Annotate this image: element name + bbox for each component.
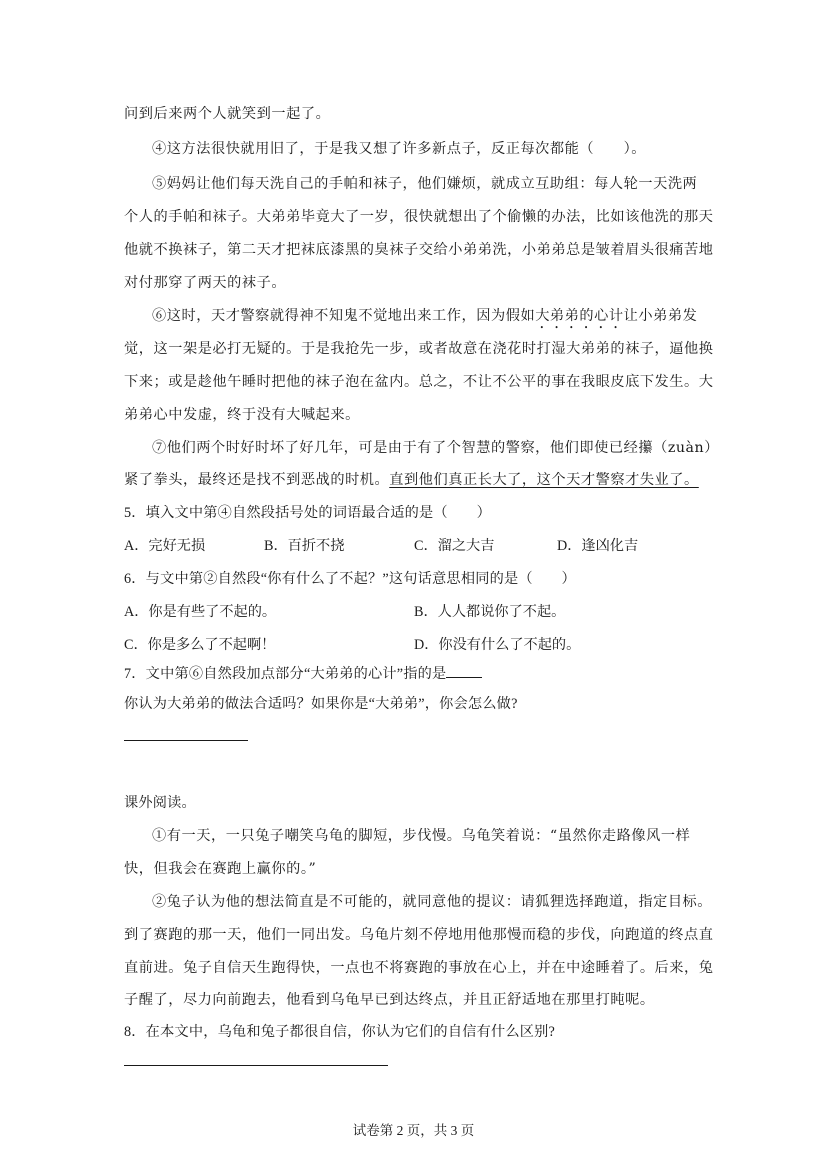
paragraph-6-pre: ⑥这时，天才警察就得神不知鬼不觉地出来工作，因为假如 <box>152 308 535 324</box>
paragraph-6-post: 让小弟弟发 <box>624 308 698 324</box>
q6-option-a[interactable]: A．你是有些了不起的。 <box>124 602 276 622</box>
paragraph-7-line-2: 紧了拳头，最终还是找不到恶战的时机。直到他们真正长大了，这个天才警察才失业了。 <box>124 470 699 490</box>
q6-option-b[interactable]: B．人人都说你了不起。 <box>414 602 565 622</box>
underlined-sentence: 直到他们真正长大了，这个天才警察才失业了。 <box>389 472 699 488</box>
passage2-p2-line-3: 直前进。兔子自信天生跑得快，一点也不将赛跑的事放在心上，并在中途睡着了。后来，兔 <box>124 958 714 978</box>
question-5-stem: 5．填入文中第④自然段括号处的词语最合适的是（ ） <box>124 503 491 523</box>
paragraph-4: ④这方法很快就用旧了，于是我又想了许多新点子，反正每次都能（ ）。 <box>152 139 646 159</box>
q6-option-d[interactable]: D．你没有什么了不起的。 <box>414 635 580 655</box>
paragraph-6-line-4: 弟弟心中发虚，终于没有大喊起来。 <box>124 405 360 425</box>
passage2-p2-line-2: 到了赛跑的那一天，他们一同出发。乌龟片刻不停地用他那慢而稳的步伐，向跑道的终点直 <box>124 925 714 945</box>
q5-option-d[interactable]: D．逢凶化吉 <box>557 536 638 556</box>
q5-option-a[interactable]: A．完好无损 <box>124 536 205 556</box>
page-footer: 试卷第 2 页，共 3 页 <box>0 1121 827 1141</box>
passage2-p1-line-1: ①有一天，一只兔子嘲笑乌龟的脚短，步伐慢。乌龟笑着说：“虽然你走路像风一样 <box>152 826 690 846</box>
exam-page: 问到后来两个人就笑到一起了。 ④这方法很快就用旧了，于是我又想了许多新点子，反正… <box>0 0 827 1169</box>
q8-answer-line[interactable] <box>124 1065 388 1066</box>
paragraph-6-line-3: 下来；或是趁他午睡时把他的袜子泡在盆内。总之，不让不公平的事在我眼皮底下发生。大 <box>124 372 714 392</box>
passage2-p1-line-2: 快，但我会在赛跑上赢你的。” <box>124 859 316 879</box>
passage2-p2-line-1: ②兔子认为他的想法简直是不可能的，就同意他的提议：请狐狸选择跑道，指定目标。 <box>152 892 712 912</box>
paragraph-7-line-1: ⑦他们两个时好时坏了好几年，可是由于有了个智慧的警察，他们即使已经攥（zuàn） <box>152 438 719 458</box>
passage2-p2-line-4: 子醒了，尽力向前跑去，他看到乌龟早已到达终点，并且正舒适地在那里打盹呢。 <box>124 990 655 1010</box>
paragraph-5-line-1: ⑤妈妈让他们每天洗自己的手帕和袜子，他们嫌烦，就成立互助组：每人轮一天洗两 <box>152 174 697 194</box>
paragraph-6-line-1: ⑥这时，天才警察就得神不知鬼不觉地出来工作，因为假如大弟弟的心计让小弟弟发 <box>152 306 697 332</box>
q7-answer-line[interactable] <box>124 740 248 741</box>
question-7-stem: 7．文中第⑥自然段加点部分“大弟弟的心计”指的是 <box>124 663 482 684</box>
question-7-stem-text: 7．文中第⑥自然段加点部分“大弟弟的心计”指的是 <box>124 666 446 682</box>
q5-option-c[interactable]: C．溜之大吉 <box>414 536 494 556</box>
paragraph-7-pre: 紧了拳头，最终还是找不到恶战的时机。 <box>124 472 389 488</box>
emphasized-phrase: 大弟弟的心计 <box>535 308 623 324</box>
paragraph-6-line-2: 觉，这一架是必打无疑的。于是我抢先一步，或者故意在浇花时打湿大弟弟的袜子，逼他换 <box>124 339 714 359</box>
question-6-stem: 6．与文中第②自然段“你有什么了不起？”这句话意思相同的是（ ） <box>124 569 576 589</box>
paragraph-5-line-3: 他就不换袜子，第二天才把袜底漆黑的臭袜子交给小弟弟洗，小弟弟总是皱着眉头很痛苦地 <box>124 240 714 260</box>
paragraph-3-tail: 问到后来两个人就笑到一起了。 <box>124 104 330 124</box>
reading-heading: 课外阅读。 <box>124 793 196 813</box>
question-8-stem: 8．在本文中，乌龟和兔子都很自信，你认为它们的自信有什么区别? <box>124 1022 555 1042</box>
q5-option-b[interactable]: B．百折不挠 <box>264 536 344 556</box>
paragraph-5-line-2: 个人的手帕和袜子。大弟弟毕竟大了一岁，很快就想出了个偷懒的办法，比如该他洗的那天 <box>124 207 714 227</box>
q6-option-c[interactable]: C．你是多么了不起啊！ <box>124 635 275 655</box>
answer-blank-inline[interactable] <box>446 663 482 678</box>
paragraph-5-line-4: 对付那穿了两天的袜子。 <box>124 273 286 293</box>
question-7-sub: 你认为大弟弟的做法合适吗？如果你是“大弟弟”，你会怎么做? <box>124 694 518 714</box>
